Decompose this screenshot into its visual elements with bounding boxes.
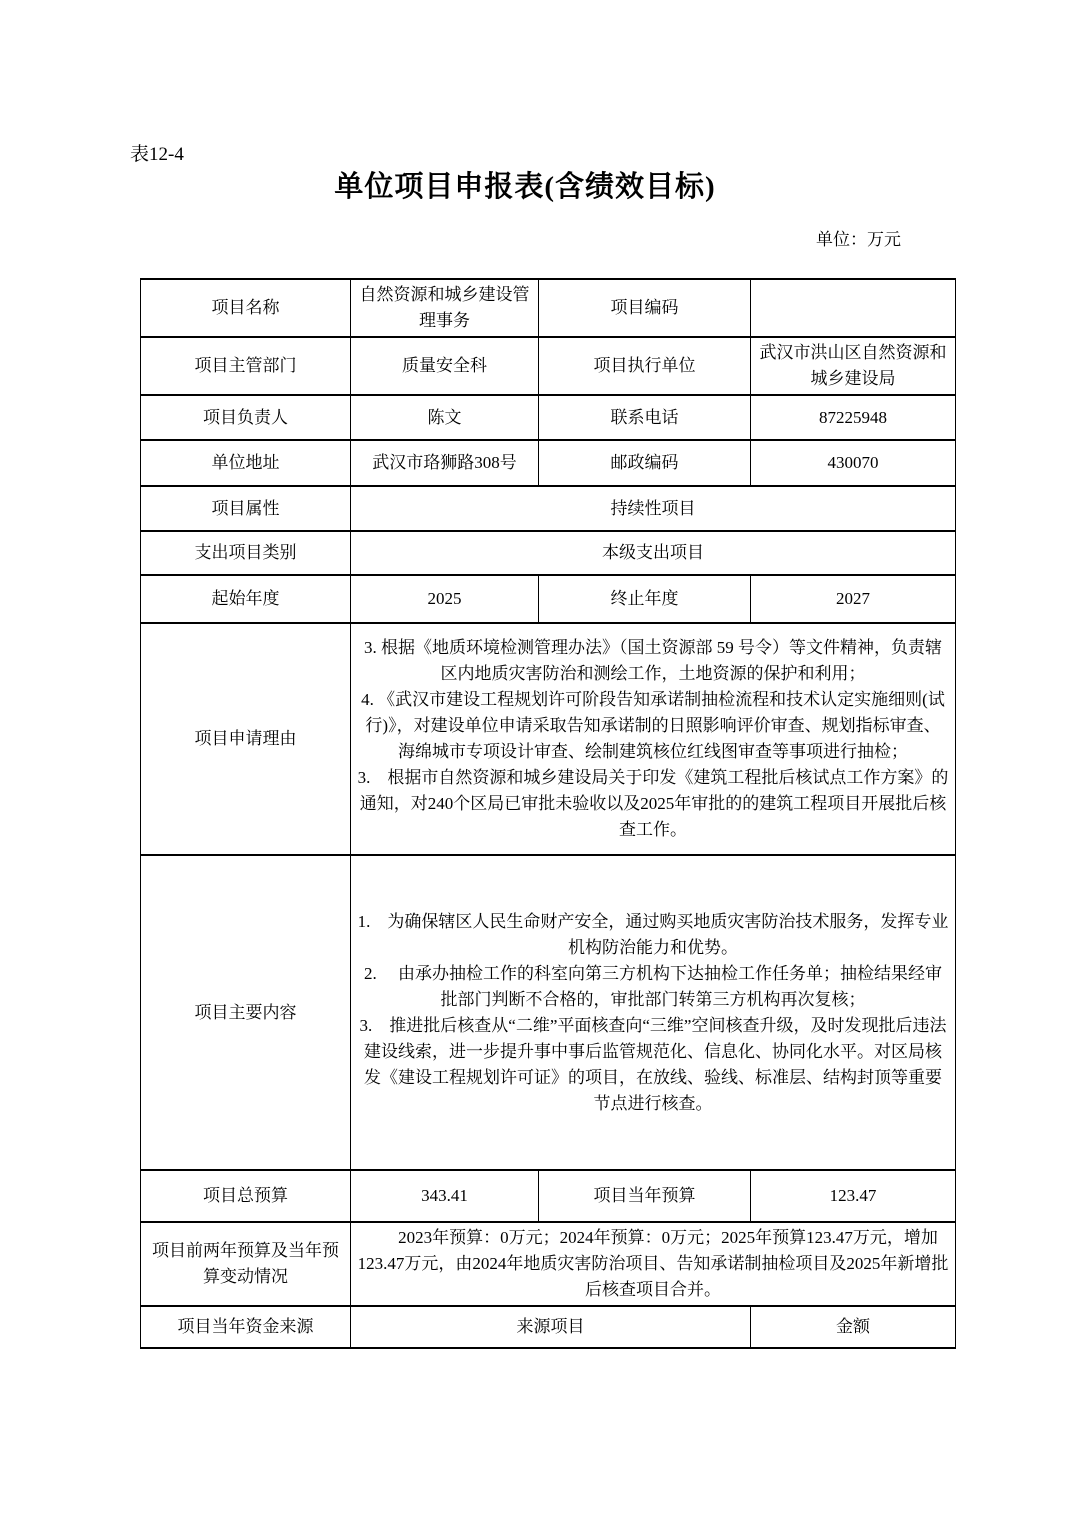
attribute-label: 项目属性 bbox=[141, 486, 351, 531]
attribute-value: 持续性项目 bbox=[351, 486, 956, 531]
total-budget-label: 项目总预算 bbox=[141, 1170, 351, 1222]
exec-unit-value: 武汉市洪山区自然资源和城乡建设局 bbox=[751, 337, 956, 395]
phone-label: 联系电话 bbox=[539, 395, 751, 440]
form-number: 表12-4 bbox=[130, 144, 184, 166]
end-year-value: 2027 bbox=[751, 575, 956, 623]
phone-value: 87225948 bbox=[751, 395, 956, 440]
row-prev-budget: 项目前两年预算及当年预算变动情况 2023年预算：0万元；2024年预算：0万元… bbox=[141, 1222, 956, 1306]
total-budget-value: 343.41 bbox=[351, 1170, 539, 1222]
amount-header: 金额 bbox=[751, 1306, 956, 1348]
leader-value: 陈文 bbox=[351, 395, 539, 440]
row-address: 单位地址 武汉市珞狮路308号 邮政编码 430070 bbox=[141, 440, 956, 486]
project-name-value: 自然资源和城乡建设管理事务 bbox=[351, 279, 539, 337]
project-name-label: 项目名称 bbox=[141, 279, 351, 337]
row-attribute: 项目属性 持续性项目 bbox=[141, 486, 956, 531]
dept-label: 项目主管部门 bbox=[141, 337, 351, 395]
row-reason: 项目申请理由 3. 根据《地质环境检测管理办法》（国土资源部 59 号令）等文件… bbox=[141, 623, 956, 855]
year-budget-value: 123.47 bbox=[751, 1170, 956, 1222]
end-year-label: 终止年度 bbox=[539, 575, 751, 623]
row-department: 项目主管部门 质量安全科 项目执行单位 武汉市洪山区自然资源和城乡建设局 bbox=[141, 337, 956, 395]
leader-label: 项目负责人 bbox=[141, 395, 351, 440]
content-text: 1. 为确保辖区人民生命财产安全，通过购买地质灾害防治技术服务，发挥专业机构防治… bbox=[351, 855, 956, 1170]
category-value: 本级支出项目 bbox=[351, 531, 956, 575]
prev-budget-text: 2023年预算：0万元；2024年预算：0万元；2025年预算123.47万元，… bbox=[351, 1222, 956, 1306]
dept-value: 质量安全科 bbox=[351, 337, 539, 395]
postcode-label: 邮政编码 bbox=[539, 440, 751, 486]
category-label: 支出项目类别 bbox=[141, 531, 351, 575]
reason-text: 3. 根据《地质环境检测管理办法》（国土资源部 59 号令）等文件精神，负责辖区… bbox=[351, 623, 956, 855]
document-page: 表12-4 单位项目申报表(含绩效目标) 单位：万元 项目名称 自然资源和城乡建… bbox=[0, 0, 1075, 1520]
page-title: 单位项目申报表(含绩效目标) bbox=[0, 170, 1050, 204]
unit-note: 单位：万元 bbox=[816, 230, 901, 250]
row-main-content: 项目主要内容 1. 为确保辖区人民生命财产安全，通过购买地质灾害防治技术服务，发… bbox=[141, 855, 956, 1170]
row-years: 起始年度 2025 终止年度 2027 bbox=[141, 575, 956, 623]
project-code-label: 项目编码 bbox=[539, 279, 751, 337]
row-leader: 项目负责人 陈文 联系电话 87225948 bbox=[141, 395, 956, 440]
start-year-value: 2025 bbox=[351, 575, 539, 623]
prev-budget-label: 项目前两年预算及当年预算变动情况 bbox=[141, 1222, 351, 1306]
funding-source-label: 项目当年资金来源 bbox=[141, 1306, 351, 1348]
address-label: 单位地址 bbox=[141, 440, 351, 486]
row-category: 支出项目类别 本级支出项目 bbox=[141, 531, 956, 575]
exec-unit-label: 项目执行单位 bbox=[539, 337, 751, 395]
project-declaration-table: 项目名称 自然资源和城乡建设管理事务 项目编码 项目主管部门 质量安全科 项目执… bbox=[140, 278, 956, 1349]
postcode-value: 430070 bbox=[751, 440, 956, 486]
row-budget: 项目总预算 343.41 项目当年预算 123.47 bbox=[141, 1170, 956, 1222]
project-code-value bbox=[751, 279, 956, 337]
source-project-header: 来源项目 bbox=[351, 1306, 751, 1348]
row-funding-source: 项目当年资金来源 来源项目 金额 bbox=[141, 1306, 956, 1348]
address-value: 武汉市珞狮路308号 bbox=[351, 440, 539, 486]
row-project-name: 项目名称 自然资源和城乡建设管理事务 项目编码 bbox=[141, 279, 956, 337]
reason-label: 项目申请理由 bbox=[141, 623, 351, 855]
year-budget-label: 项目当年预算 bbox=[539, 1170, 751, 1222]
content-label: 项目主要内容 bbox=[141, 855, 351, 1170]
start-year-label: 起始年度 bbox=[141, 575, 351, 623]
